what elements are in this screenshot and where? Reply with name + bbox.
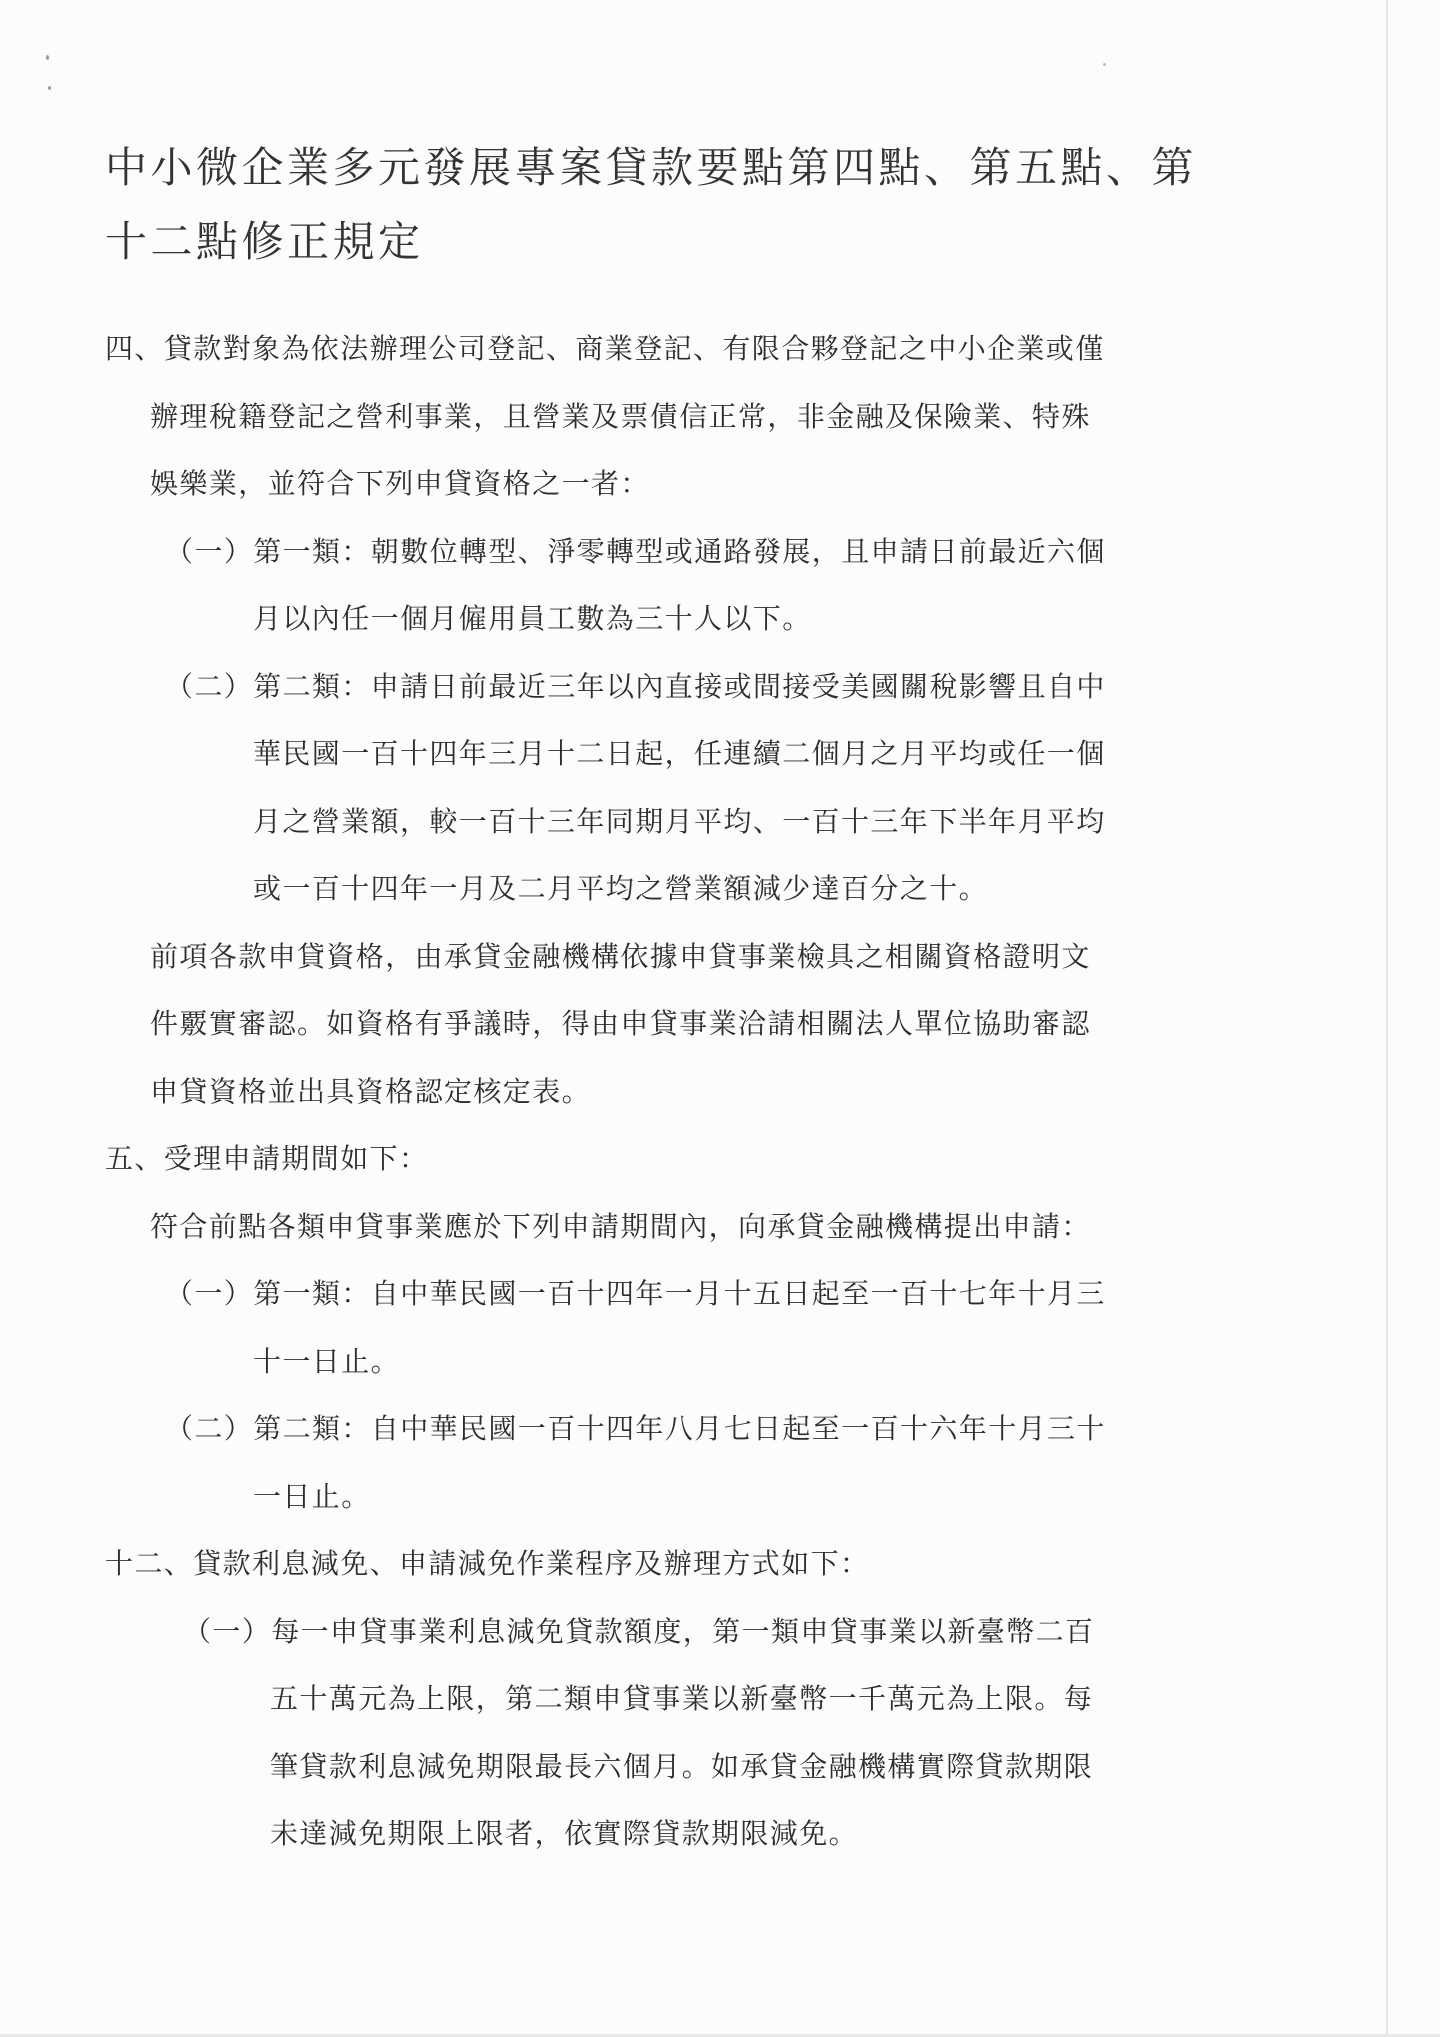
document-line: 五、受理申請期間如下： <box>105 1126 1345 1194</box>
document-line: （二）第二類：自中華民國一百十四年八月七日起至一百十六年十月三十 <box>165 1396 1345 1464</box>
scan-artifact-vertical-line <box>1386 0 1388 2037</box>
document-line: 辦理稅籍登記之營利事業，且營業及票債信正常，非金融及保險業、特殊 <box>150 384 1345 452</box>
document-line: 華民國一百十四年三月十二日起，任連續二個月之月平均或任一個 <box>253 721 1345 789</box>
document-line: （一）第一類：自中華民國一百十四年一月十五日起至一百十七年十月三 <box>165 1261 1345 1329</box>
scan-speck <box>1103 63 1106 66</box>
document-line: （二）第二類：申請日前最近三年以內直接或間接受美國關稅影響且自中 <box>165 654 1345 722</box>
document-line: 或一百十四年一月及二月平均之營業額減少達百分之十。 <box>253 856 1345 924</box>
document-line: 四、貸款對象為依法辦理公司登記、商業登記、有限合夥登記之中小企業或僅 <box>105 316 1345 384</box>
scanned-document-page: 中小微企業多元發展專案貸款要點第四點、第五點、第 十二點修正規定 四、貸款對象為… <box>0 0 1440 2037</box>
document-line: 一日止。 <box>253 1464 1345 1532</box>
document-line: 符合前點各類申貸事業應於下列申請期間內，向承貸金融機構提出申請： <box>150 1194 1345 1262</box>
document-line: 月以內任一個月僱用員工數為三十人以下。 <box>253 586 1345 654</box>
page-title-line-2: 十二點修正規定 <box>105 206 1345 280</box>
document-content: 中小微企業多元發展專案貸款要點第四點、第五點、第 十二點修正規定 四、貸款對象為… <box>105 132 1345 1869</box>
document-line: 前項各款申貸資格，由承貸金融機構依據申貸事業檢具之相關資格證明文 <box>150 924 1345 992</box>
scan-speck <box>48 86 51 90</box>
document-line: 娛樂業，並符合下列申貸資格之一者： <box>150 451 1345 519</box>
scan-speck <box>46 55 49 60</box>
document-body: 四、貸款對象為依法辦理公司登記、商業登記、有限合夥登記之中小企業或僅 辦理稅籍登… <box>105 316 1345 1869</box>
page-title-line-1: 中小微企業多元發展專案貸款要點第四點、第五點、第 <box>105 132 1345 206</box>
document-line: 十二、貸款利息減免、申請減免作業程序及辦理方式如下： <box>105 1531 1345 1599</box>
document-line: 筆貸款利息減免期限最長六個月。如承貸金融機構實際貸款期限 <box>270 1734 1345 1802</box>
document-line: 月之營業額，較一百十三年同期月平均、一百十三年下半年月平均 <box>253 789 1345 857</box>
document-line: （一）每一申貸事業利息減免貸款額度，第一類申貸事業以新臺幣二百 <box>183 1599 1345 1667</box>
document-line: 十一日止。 <box>253 1329 1345 1397</box>
document-line: 未達減免期限上限者，依實際貸款期限減免。 <box>270 1801 1345 1869</box>
document-line: 申貸資格並出具資格認定核定表。 <box>150 1059 1345 1127</box>
document-line: 五十萬元為上限，第二類申貸事業以新臺幣一千萬元為上限。每 <box>270 1666 1345 1734</box>
document-line: 件覈實審認。如資格有爭議時，得由申貸事業洽請相關法人單位協助審認 <box>150 991 1345 1059</box>
document-line: （一）第一類：朝數位轉型、淨零轉型或通路發展，且申請日前最近六個 <box>165 519 1345 587</box>
